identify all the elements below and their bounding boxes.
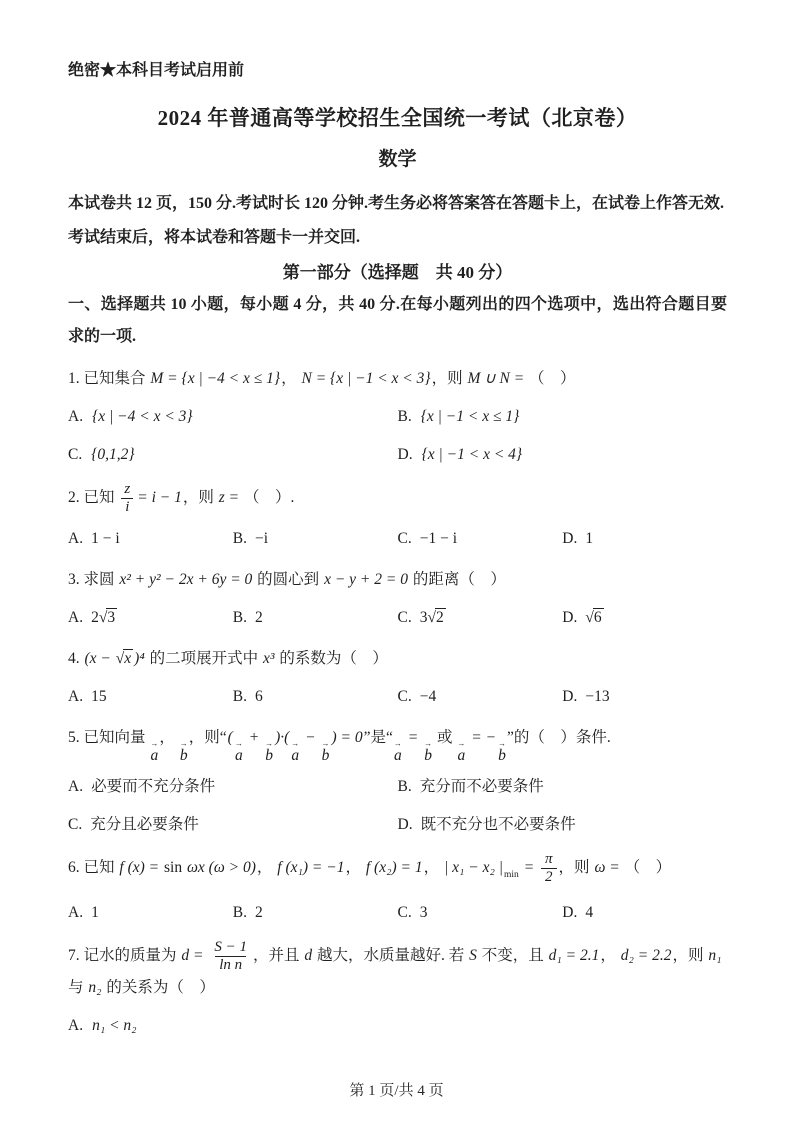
question-3-option-D: D.√6	[562, 603, 727, 633]
option-label: D.	[398, 446, 413, 463]
math-run: f (x) =	[118, 859, 164, 876]
vector: →b	[498, 740, 506, 764]
math-run: d	[303, 947, 313, 964]
fraction: π2	[539, 851, 559, 886]
option-label: B.	[233, 688, 247, 705]
math-run: S	[468, 947, 478, 964]
math-run: = i − 1	[136, 489, 183, 506]
option-label: C.	[68, 816, 82, 833]
math-run: x³	[262, 650, 276, 667]
question-2-stem: 2. 已知 zi= i − 1，则 z = （ ）.	[68, 481, 727, 516]
text-run: −13	[585, 688, 609, 705]
math-run: (x −	[84, 650, 116, 667]
text-run: （ ）	[529, 370, 576, 387]
text-run: 1	[585, 530, 593, 547]
text-run: 的关系为（ ）	[103, 979, 215, 996]
text-run: 不变，且	[478, 947, 548, 964]
math-run: M ∪ N =	[466, 370, 529, 387]
math-run: {x | −1 < x ≤ 1}	[420, 408, 521, 425]
text-run: 3	[420, 609, 428, 626]
text-run: 既不充分也不必要条件	[421, 816, 576, 833]
option-label: A.	[68, 688, 83, 705]
text-run: 4	[585, 904, 593, 921]
text-run: ，	[159, 729, 178, 746]
option-label: C.	[398, 688, 412, 705]
math-run: n₁	[707, 947, 722, 964]
text-run: ，	[281, 370, 300, 387]
vector: →a	[150, 740, 158, 764]
math-run: {x | −4 < x < 3}	[91, 408, 194, 425]
option-label: A.	[68, 408, 83, 425]
text-run: ，	[345, 859, 364, 876]
text-run: 2. 已知	[68, 489, 118, 506]
question-4-option-B: B.6	[233, 682, 398, 712]
question-5-option-C: C.充分且必要条件	[68, 810, 398, 840]
text-run: ，	[424, 859, 443, 876]
option-label: D.	[562, 904, 577, 921]
text-run: 必要而不充分条件	[91, 778, 215, 795]
text-run: 6. 已知	[68, 859, 118, 876]
text-run: 3	[420, 904, 428, 921]
math-run: | x₁ − x₂ |	[443, 859, 504, 876]
text-run: 7. 记水的质量为	[68, 947, 180, 964]
question-5-option-D: D.既不充分也不必要条件	[398, 810, 728, 840]
text-run: 2	[255, 609, 263, 626]
text-run: ，	[257, 859, 276, 876]
question-3-stem: 3. 求圆 x² + y² − 2x + 6y = 0 的圆心到 x − y +…	[68, 565, 727, 595]
question-6-option-A: A.1	[68, 898, 233, 928]
text-run: 4.	[68, 650, 84, 667]
radical: √6	[585, 608, 603, 627]
text-run: −1 − i	[420, 530, 457, 547]
option-label: D.	[562, 530, 577, 547]
question-6: 6. 已知 f (x) = sin ωx (ω > 0)， f (x₁) = −…	[68, 851, 727, 928]
radical: √x	[116, 649, 133, 668]
text-run: 的圆心到	[253, 571, 323, 588]
question-1-option-D: D.{x | −1 < x < 4}	[398, 440, 728, 470]
math-run: {0,1,2}	[90, 446, 135, 463]
math-run: d₁ = 2.1	[548, 947, 601, 964]
math-run: ) = 0	[330, 729, 363, 746]
math-run: x − y + 2 = 0	[323, 571, 409, 588]
question-3-option-A: A.2√3	[68, 603, 233, 633]
text-run: 6	[255, 688, 263, 705]
question-4-stem: 4. (x − √x)⁴ 的二项展开式中 x³ 的系数为（ ）	[68, 644, 727, 674]
vector: →b	[180, 740, 188, 764]
math-run: −	[300, 729, 320, 746]
text-run: （ ）.	[244, 489, 294, 506]
option-label: D.	[562, 688, 577, 705]
option-label: A.	[68, 1017, 83, 1034]
vector: →b	[321, 740, 329, 764]
text-run: 2	[255, 904, 263, 921]
text-run: 1 − i	[91, 530, 120, 547]
question-1-stem: 1. 已知集合 M = {x | −4 < x ≤ 1}， N = {x | −…	[68, 364, 727, 394]
question-6-option-C: C.3	[398, 898, 563, 928]
question-2-option-B: B.−i	[233, 524, 398, 554]
vector: →b	[424, 740, 432, 764]
option-label: B.	[398, 408, 412, 425]
math-run: d₂ = 2.2	[620, 947, 673, 964]
question-5-options: A.必要而不充分条件B.充分而不必要条件C.充分且必要条件D.既不充分也不必要条…	[68, 764, 727, 840]
option-label: C.	[398, 530, 412, 547]
text-run: 5. 已知向量	[68, 729, 149, 746]
question-1: 1. 已知集合 M = {x | −4 < x ≤ 1}， N = {x | −…	[68, 364, 727, 470]
text-run: ，并且	[253, 947, 303, 964]
classification-notice: 绝密★本科目考试启用前	[68, 60, 727, 82]
text-run: −4	[420, 688, 437, 705]
math-run: n₁ < n₂	[91, 1017, 138, 1034]
text-run: ，则	[559, 859, 594, 876]
math-run: ωx (ω > 0)	[186, 859, 257, 876]
text-run: （ ）	[625, 859, 672, 876]
question-3-option-C: C.3√2	[398, 603, 563, 633]
math-run: ω =	[593, 859, 624, 876]
question-4-option-D: D.−13	[562, 682, 727, 712]
option-label: C.	[68, 446, 82, 463]
question-6-options: A.1B.2C.3D.4	[68, 890, 727, 928]
exam-instructions-line2: 考试结束后，将本试卷和答题卡一并交回.	[68, 221, 727, 255]
option-label: C.	[398, 904, 412, 921]
option-label: B.	[233, 609, 247, 626]
text-run: 充分而不必要条件	[420, 778, 544, 795]
question-5-stem: 5. 已知向量 →a， →b，则“(→a + →b)·(→a − →b) = 0…	[68, 723, 727, 764]
exam-title: 2024 年普通高等学校招生全国统一考试（北京卷）	[68, 104, 727, 132]
text-run: 与	[68, 979, 87, 996]
exam-instructions: 本试卷共 12 页，150 分.考试时长 120 分钟.考生务必将答案答在答题卡…	[68, 187, 727, 255]
text-run: 3. 求圆	[68, 571, 118, 588]
question-6-option-B: B.2	[233, 898, 398, 928]
text-run: 或	[433, 729, 456, 746]
option-label: A.	[68, 904, 83, 921]
math-run: (	[227, 729, 234, 746]
question-4-options: A.15B.6C.−4D.−13	[68, 674, 727, 712]
question-2: 2. 已知 zi= i − 1，则 z = （ ）.A.1 − iB.−iC.−…	[68, 481, 727, 554]
fraction: S − 1ln n	[208, 939, 253, 974]
math-run: M = {x | −4 < x ≤ 1}	[149, 370, 281, 387]
section-one-instruction: 一、选择题共 10 小题，每小题 4 分，共 40 分.在每小题列出的四个选项中…	[68, 289, 727, 353]
radical: √3	[99, 608, 117, 627]
vector: →b	[265, 740, 273, 764]
option-label: B.	[398, 778, 412, 795]
question-1-option-A: A.{x | −4 < x < 3}	[68, 402, 398, 432]
text-run: ，则	[183, 489, 218, 506]
text-run: 的二项展开式中	[146, 650, 262, 667]
question-6-option-D: D.4	[562, 898, 727, 928]
text-run: ，则“	[189, 729, 227, 746]
question-5: 5. 已知向量 →a， →b，则“(→a + →b)·(→a − →b) = 0…	[68, 723, 727, 840]
math-run: +	[244, 729, 264, 746]
math-run: x² + y² − 2x + 6y = 0	[118, 571, 253, 588]
subscript: min	[504, 870, 519, 880]
option-label: C.	[398, 609, 412, 626]
math-run: z =	[218, 489, 244, 506]
text-run: ，则	[432, 370, 467, 387]
question-1-option-C: C.{0,1,2}	[68, 440, 398, 470]
text-run: −i	[255, 530, 268, 547]
vector: →a	[235, 740, 243, 764]
math-run: d =	[180, 947, 208, 964]
option-label: D.	[398, 816, 413, 833]
question-2-option-A: A.1 − i	[68, 524, 233, 554]
math-run: n₂	[87, 979, 102, 996]
text-run: 充分且必要条件	[90, 816, 199, 833]
math-run: N = {x | −1 < x < 3}	[301, 370, 432, 387]
math-run: )⁴	[133, 650, 146, 667]
math-run: = −	[466, 729, 497, 746]
text-run: 的系数为（ ）	[276, 650, 388, 667]
question-7-option-A: A.n₁ < n₂	[68, 1011, 727, 1041]
exam-instructions-line1: 本试卷共 12 页，150 分.考试时长 120 分钟.考生务必将答案答在答题卡…	[68, 187, 727, 221]
vector: →a	[291, 740, 299, 764]
text-run: ”的（ ）条件.	[507, 729, 611, 746]
text-run: 1	[91, 904, 99, 921]
math-run: =	[403, 729, 423, 746]
fraction: zi	[118, 481, 136, 516]
question-3-option-B: B.2	[233, 603, 398, 633]
text-run: sin	[164, 859, 186, 876]
exam-page: 绝密★本科目考试启用前 2024 年普通高等学校招生全国统一考试（北京卷） 数学…	[0, 0, 793, 1122]
math-run: f (x₁) = −1	[276, 859, 345, 876]
math-run: {x | −1 < x < 4}	[421, 446, 524, 463]
question-6-stem: 6. 已知 f (x) = sin ωx (ω > 0)， f (x₁) = −…	[68, 851, 727, 890]
option-label: A.	[68, 778, 83, 795]
question-3-options: A.2√3B.2C.3√2D.√6	[68, 595, 727, 633]
text-run: 越大，水质量越好. 若	[313, 947, 468, 964]
text-run: ，则	[673, 947, 708, 964]
page-number: 第 1 页/共 4 页	[0, 1079, 793, 1100]
question-2-option-D: D.1	[562, 524, 727, 554]
text-run: 15	[91, 688, 107, 705]
vector: →a	[457, 740, 465, 764]
question-4: 4. (x − √x)⁴ 的二项展开式中 x³ 的系数为（ ）A.15B.6C.…	[68, 644, 727, 712]
option-label: D.	[562, 609, 577, 626]
text-run: 的距离（ ）	[409, 571, 506, 588]
option-label: A.	[68, 609, 83, 626]
question-4-option-A: A.15	[68, 682, 233, 712]
option-label: B.	[233, 530, 247, 547]
question-7: 7. 记水的质量为 d = S − 1ln n，并且 d 越大，水质量越好. 若…	[68, 939, 727, 1042]
math-run: =	[519, 859, 539, 876]
option-label: B.	[233, 904, 247, 921]
question-1-option-B: B.{x | −1 < x ≤ 1}	[398, 402, 728, 432]
question-3: 3. 求圆 x² + y² − 2x + 6y = 0 的圆心到 x − y +…	[68, 565, 727, 633]
question-1-options: A.{x | −4 < x < 3}B.{x | −1 < x ≤ 1}C.{0…	[68, 394, 727, 470]
question-2-option-C: C.−1 − i	[398, 524, 563, 554]
text-run: ，	[600, 947, 619, 964]
questions: 1. 已知集合 M = {x | −4 < x ≤ 1}， N = {x | −…	[68, 364, 727, 1041]
question-7-stem: 7. 记水的质量为 d = S − 1ln n，并且 d 越大，水质量越好. 若…	[68, 939, 727, 1004]
question-7-options: A.n₁ < n₂	[68, 1003, 727, 1041]
question-5-option-B: B.充分而不必要条件	[398, 772, 728, 802]
exam-subject: 数学	[68, 147, 727, 173]
text-run: ”是“	[364, 729, 393, 746]
question-5-option-A: A.必要而不充分条件	[68, 772, 398, 802]
text-run: 2	[91, 609, 99, 626]
part-one-heading: 第一部分（选择题 共 40 分）	[68, 260, 727, 286]
question-2-options: A.1 − iB.−iC.−1 − iD.1	[68, 516, 727, 554]
vector: →a	[394, 740, 402, 764]
option-label: A.	[68, 530, 83, 547]
question-4-option-C: C.−4	[398, 682, 563, 712]
text-run: 1. 已知集合	[68, 370, 149, 387]
math-run: f (x₂) = 1	[365, 859, 424, 876]
math-run: )·(	[274, 729, 290, 746]
radical: √2	[427, 608, 445, 627]
